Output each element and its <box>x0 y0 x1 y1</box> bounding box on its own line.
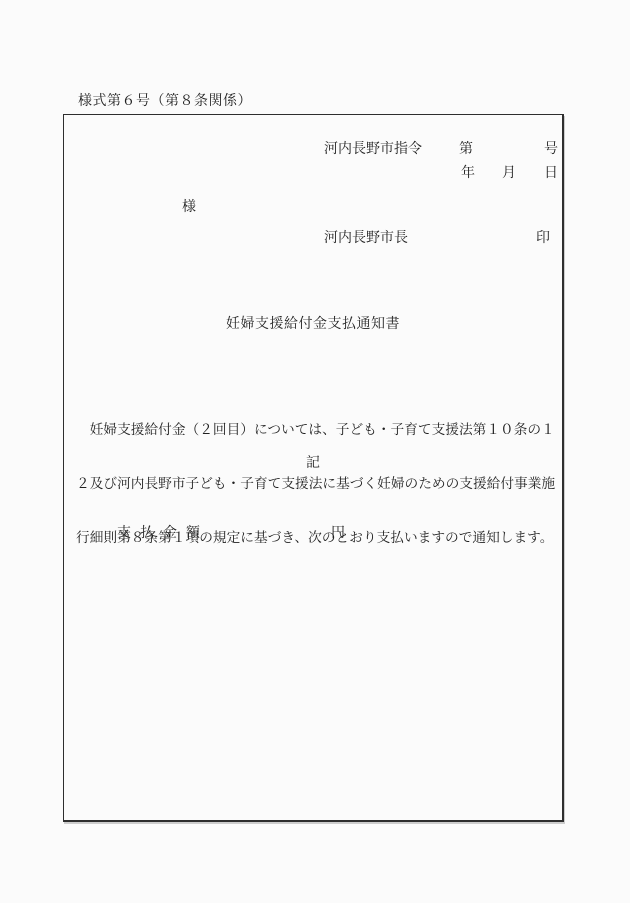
date-month-label: 月 <box>502 166 516 182</box>
sender-mayor-name: 河内長野市長 <box>324 231 408 247</box>
body-paragraph: 妊婦支援給付金（２回目）については、子ども・子育て支援法第１０条の１ ２及び河内… <box>76 385 555 583</box>
document-title: 妊婦支援給付金支払通知書 <box>64 317 562 333</box>
date-year-label: 年 <box>461 166 475 182</box>
directive-issuer-label: 河内長野市指令 <box>324 142 422 158</box>
form-number-label: 様式第６号（第８条関係） <box>78 90 252 110</box>
payment-amount-label: 支払金額 <box>117 526 209 542</box>
body-line-2: ２及び河内長野市子ども・子育て支援法に基づく妊婦のための支援給付事業施 <box>76 475 555 493</box>
payment-unit-yen: 円 <box>331 526 345 542</box>
addressee-honorific: 様 <box>182 200 196 216</box>
document-page: 様式第６号（第８条関係） 河内長野市指令 第 号 年 月 日 様 河内長野市長 … <box>0 0 630 903</box>
document-border-frame: 河内長野市指令 第 号 年 月 日 様 河内長野市長 印 妊婦支援給付金支払通知… <box>63 114 564 822</box>
list-marker-ki: 記 <box>64 456 562 472</box>
directive-number-suffix: 号 <box>544 142 558 158</box>
date-day-label: 日 <box>544 166 558 182</box>
directive-number-prefix: 第 <box>459 142 473 158</box>
body-line-1: 妊婦支援給付金（２回目）については、子ども・子育て支援法第１０条の１ <box>76 421 555 439</box>
seal-mark: 印 <box>536 231 550 247</box>
